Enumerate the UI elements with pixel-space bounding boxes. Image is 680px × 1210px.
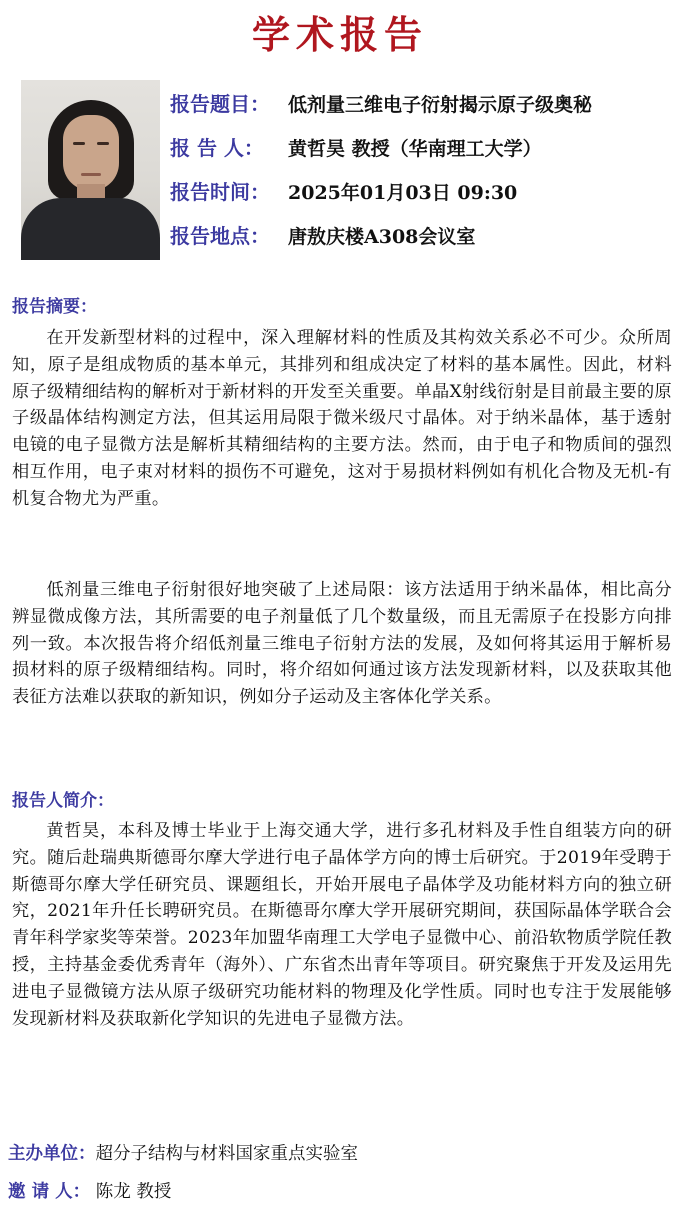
speaker-row: 报 告 人： 黄哲昊 教授（华南理工大学） bbox=[170, 132, 592, 176]
photo-eye-left bbox=[73, 142, 85, 145]
bio-heading: 报告人简介： bbox=[12, 786, 114, 811]
host-label: 主办单位： bbox=[8, 1140, 96, 1165]
photo-face bbox=[63, 115, 119, 191]
topic-value: 低剂量三维电子衍射揭示原子级奥秘 bbox=[288, 90, 592, 117]
photo-mouth bbox=[81, 173, 101, 176]
place-value: 唐敖庆楼A308会议室 bbox=[288, 222, 475, 249]
inviter-value: 陈龙 教授 bbox=[90, 1178, 171, 1203]
abstract-heading: 报告摘要： bbox=[12, 292, 97, 317]
photo-sweater bbox=[21, 198, 160, 260]
abstract-paragraph-2: 低剂量三维电子衍射很好地突破了上述局限：该方法适用于纳米晶体，相比高分辨显微成像… bbox=[12, 577, 672, 711]
host-row: 主办单位： 超分子结构与材料国家重点实验室 bbox=[8, 1140, 358, 1165]
talk-info: 报告题目： 低剂量三维电子衍射揭示原子级奥秘 报 告 人： 黄哲昊 教授（华南理… bbox=[170, 88, 592, 264]
time-value: 2025年01月03日 09:30 bbox=[288, 178, 517, 205]
speaker-value: 黄哲昊 教授（华南理工大学） bbox=[288, 134, 542, 161]
photo-eye-right bbox=[97, 142, 109, 145]
time-label: 报告时间： bbox=[170, 176, 288, 205]
topic-row: 报告题目： 低剂量三维电子衍射揭示原子级奥秘 bbox=[170, 88, 592, 132]
place-row: 报告地点： 唐敖庆楼A308会议室 bbox=[170, 220, 592, 264]
topic-label: 报告题目： bbox=[170, 88, 288, 117]
bio-paragraph: 黄哲昊，本科及博士毕业于上海交通大学，进行多孔材料及手性自组装方向的研究。随后赴… bbox=[12, 818, 672, 1032]
speaker-label: 报 告 人： bbox=[170, 132, 288, 161]
speaker-photo bbox=[21, 80, 160, 260]
abstract-paragraph-1: 在开发新型材料的过程中，深入理解材料的性质及其构效关系必不可少。众所周知，原子是… bbox=[12, 325, 672, 513]
inviter-label: 邀 请 人： bbox=[8, 1178, 90, 1203]
host-value: 超分子结构与材料国家重点实验室 bbox=[96, 1140, 359, 1165]
time-row: 报告时间： 2025年01月03日 09:30 bbox=[170, 176, 592, 220]
inviter-row: 邀 请 人： 陈龙 教授 bbox=[8, 1178, 171, 1203]
page-title: 学术报告 bbox=[0, 10, 680, 60]
place-label: 报告地点： bbox=[170, 220, 288, 249]
